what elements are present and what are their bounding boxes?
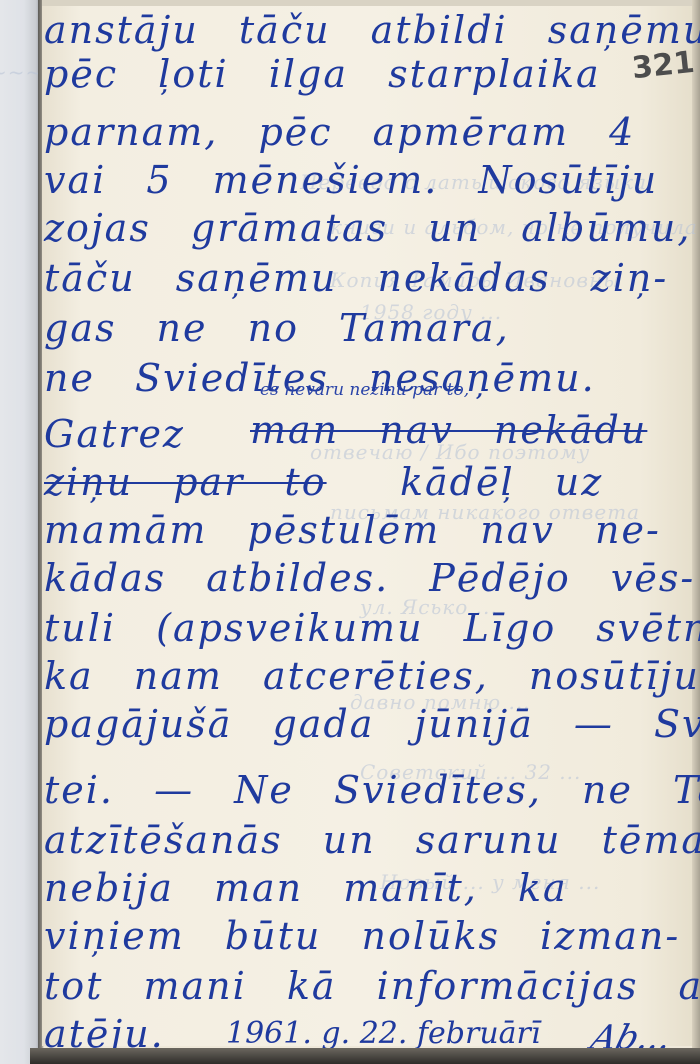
page-right-edge bbox=[692, 0, 700, 1064]
handwritten-line: tei. — Ne Sviedītes, ne Tamara bbox=[44, 768, 700, 812]
handwritten-line: tāču saņēmu nekādas ziņ- bbox=[44, 256, 668, 300]
handwritten-line: vai 5 mēnešiem. Nosūtīju bbox=[44, 158, 658, 202]
handwritten-line: parnam, pēc apmēram 4 bbox=[44, 110, 635, 154]
inserted-correction: es nevaru nezinu par to, bbox=[260, 380, 469, 400]
struck-through-text: man nav nekādu bbox=[250, 408, 647, 452]
handwritten-line: pēc ļoti ilga starplaika bbox=[44, 52, 601, 96]
scanned-document: ~~~ Перевод с латышского языка книги и а… bbox=[0, 0, 700, 1064]
handwritten-line: Gatrez bbox=[44, 412, 185, 456]
handwritten-line: tot mani kā informācijas avot- bbox=[44, 964, 700, 1008]
document-date: 1961. g. 22. februārī bbox=[226, 1016, 541, 1051]
handwritten-line: ka nam atcerēties, nosūtīju bbox=[44, 654, 700, 698]
handwritten-line: viņiem būtu nolūks izman- bbox=[44, 914, 680, 958]
handwritten-line: kādas atbildes. Pēdējo vēs- bbox=[44, 556, 695, 600]
left-page-edge: ~~~ bbox=[0, 0, 40, 1064]
struck-through-text: ziņu par to bbox=[44, 460, 327, 504]
handwritten-line: kādēļ uz bbox=[400, 460, 603, 504]
bleed-through-text: ~~~ bbox=[0, 60, 43, 84]
handwritten-line: nebija man manīt, ka bbox=[44, 866, 568, 910]
handwritten-line: tuli (apsveikumu Līgo svētnos), bbox=[44, 606, 700, 650]
handwritten-line: anstāju tāču atbildi saņēmu bbox=[44, 8, 700, 52]
handwritten-line: pagājušā gada jūnijā — Sviedī- bbox=[44, 702, 700, 746]
book-bottom-edge bbox=[30, 1048, 700, 1064]
handwritten-line: zojas grāmatas un albūmu, bbox=[44, 206, 691, 250]
handwritten-line: atzītēšanās un sarunu tēmas bbox=[44, 818, 700, 862]
handwritten-line: mamām pēstulēm nav ne- bbox=[44, 508, 661, 552]
handwritten-line: gas ne no Tamara, bbox=[44, 306, 510, 350]
